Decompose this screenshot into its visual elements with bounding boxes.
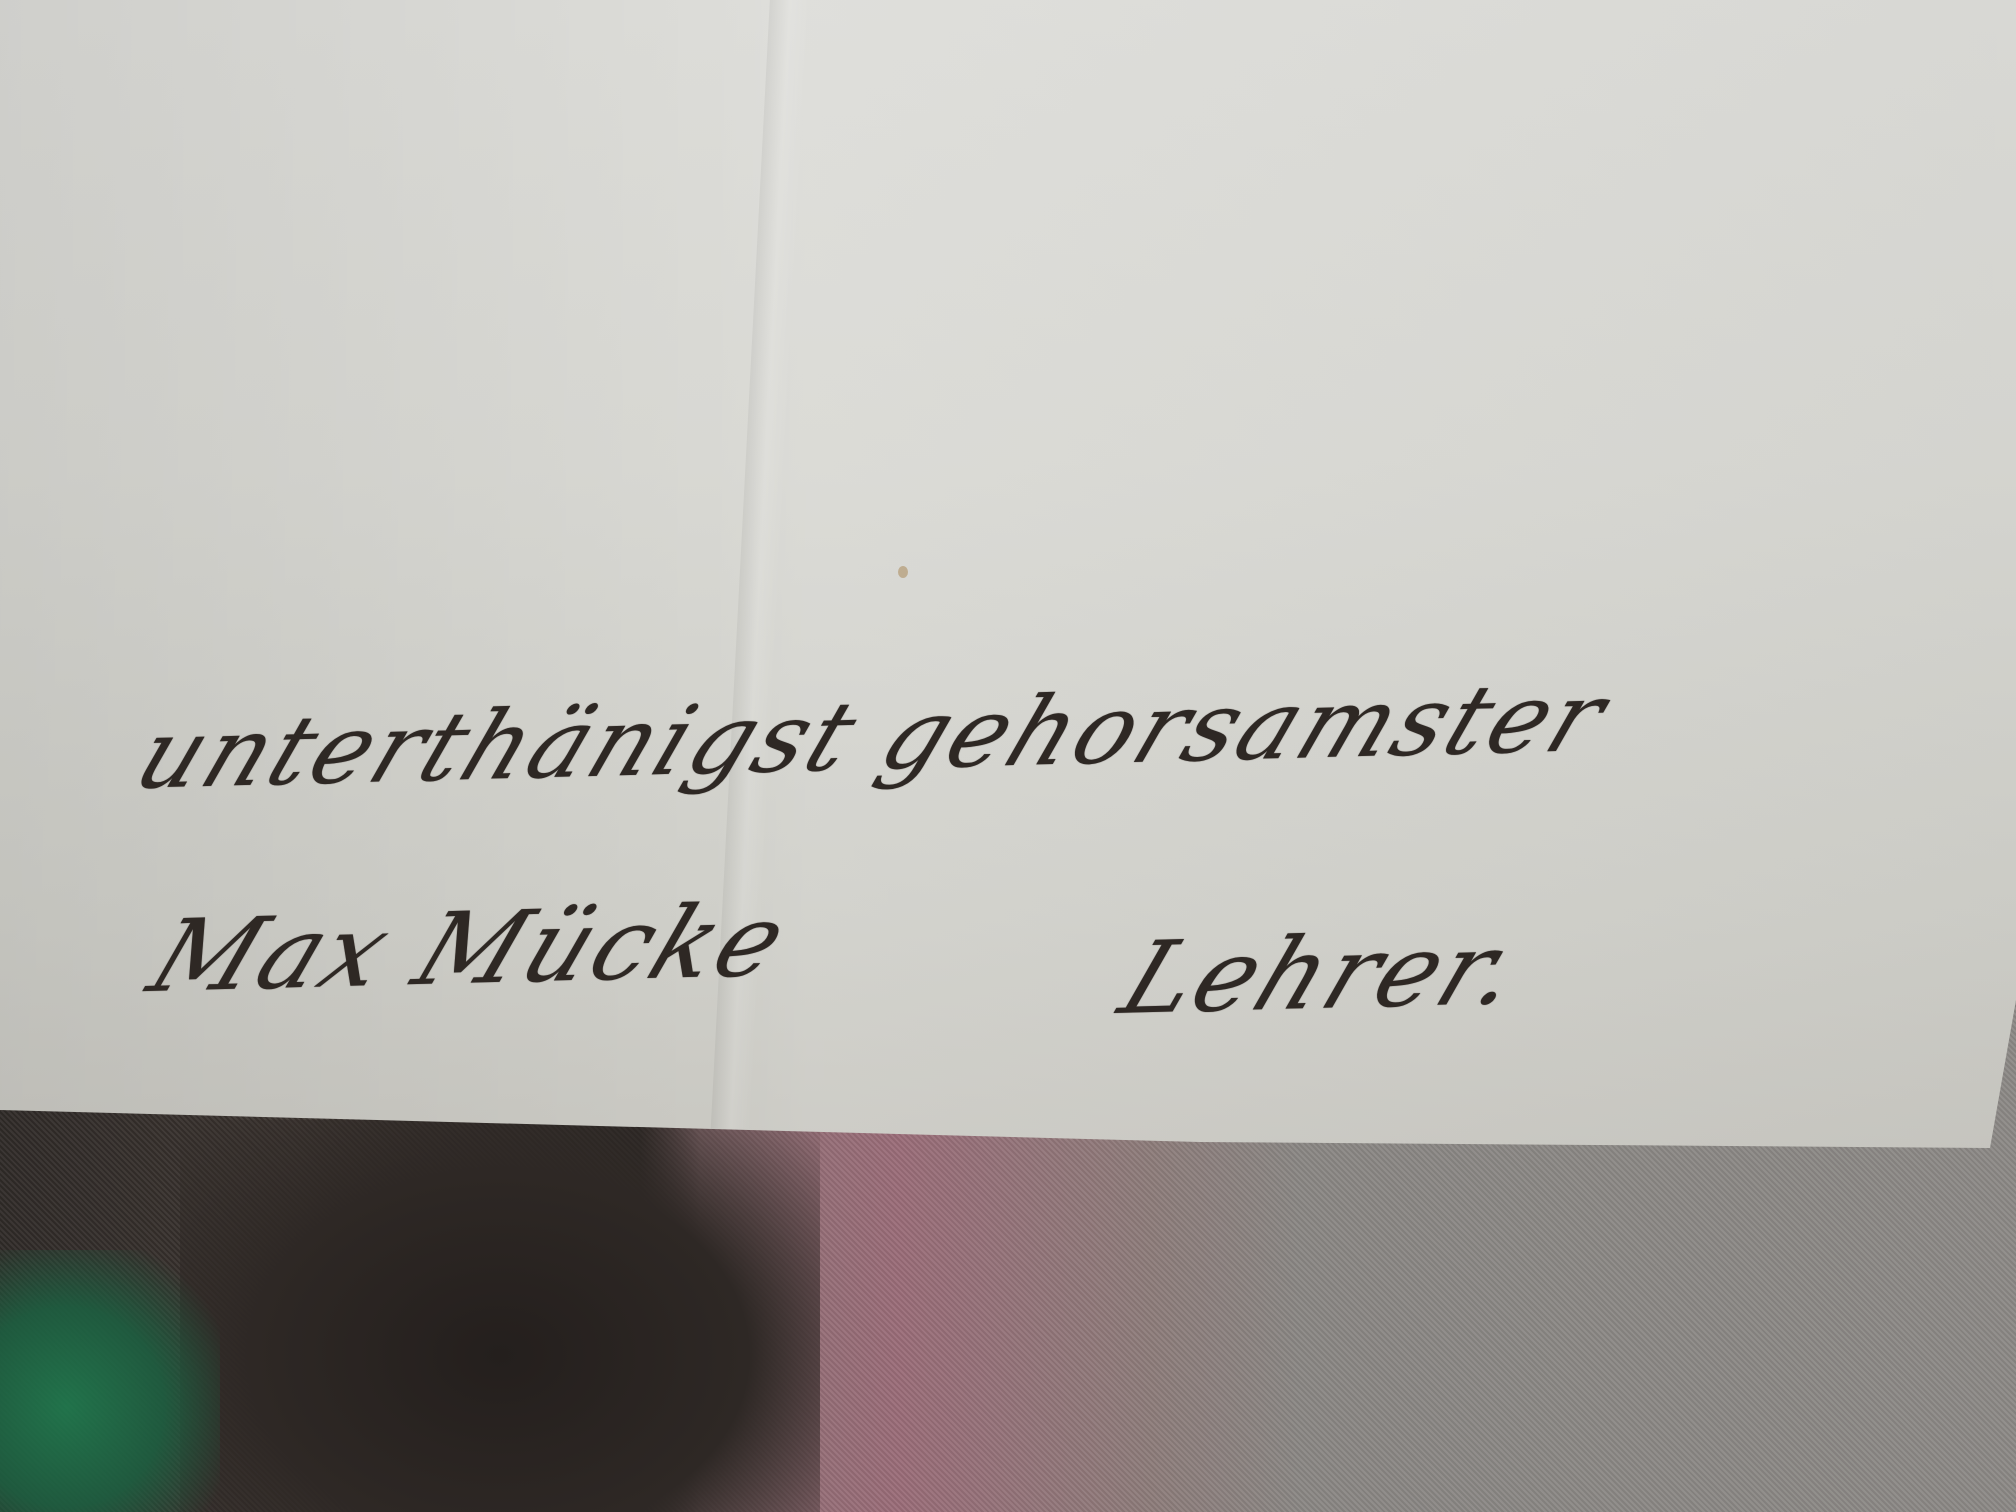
fabric-dark-pattern (180, 1120, 820, 1512)
paper-sheet: unterthänigst gehorsamster Max Mücke Leh… (0, 0, 2016, 1150)
fabric-green-pattern (0, 1250, 220, 1512)
closing-phrase: unterthänigst gehorsamster (121, 661, 1623, 811)
signature-title: Lehrer. (1106, 910, 1541, 1037)
signature-name: Max Mücke (135, 882, 805, 1015)
paper-stain (898, 566, 908, 578)
photo-scene: unterthänigst gehorsamster Max Mücke Leh… (0, 0, 2016, 1512)
